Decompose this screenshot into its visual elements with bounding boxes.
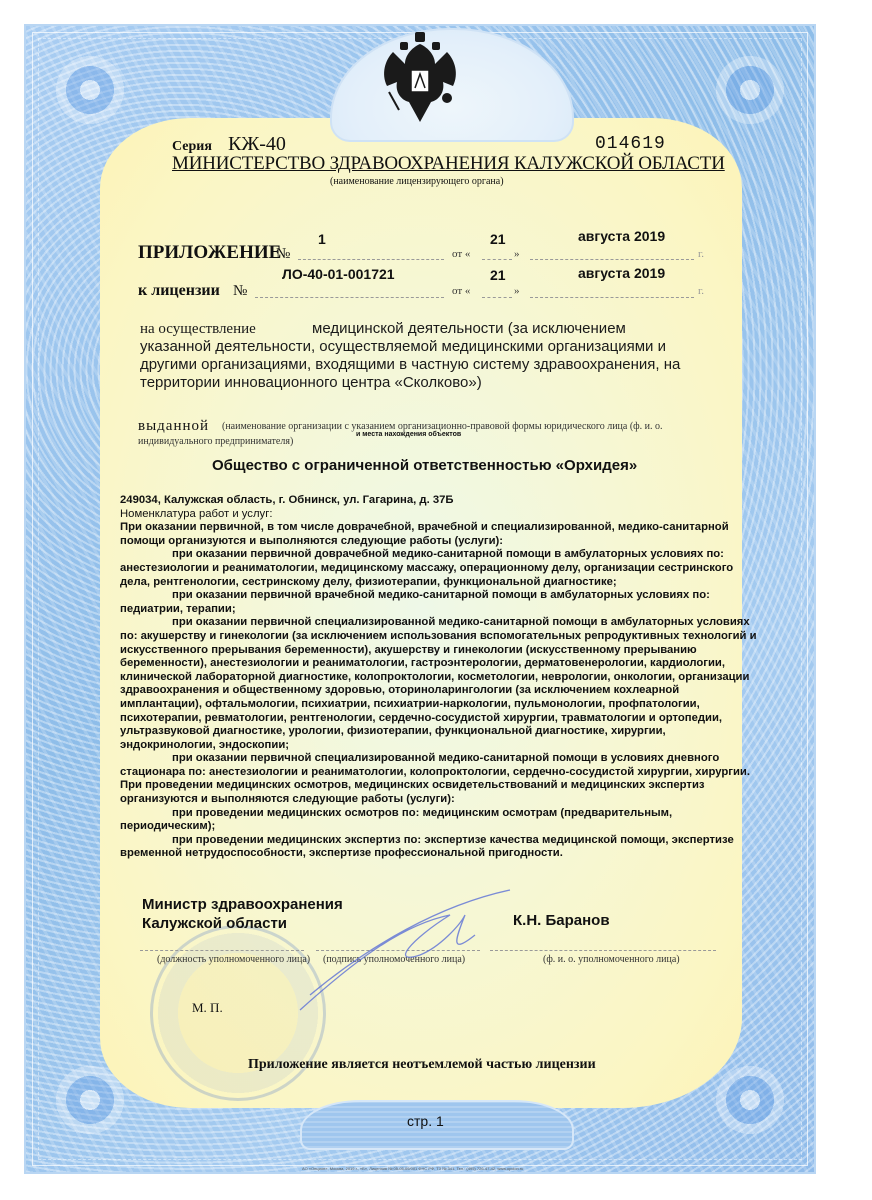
authority-caption: (наименование лицензирующего органа): [330, 176, 504, 187]
license-day-line: [482, 297, 512, 298]
activity-description: на осуществлениемедицинской деятельности…: [140, 320, 700, 392]
nomenclature-paragraph: при оказании первичной врачебной медико-…: [120, 589, 760, 616]
appendix-label: ПРИЛОЖЕНИЕ: [138, 242, 281, 264]
appendix-note: Приложение является неотъемлемой частью …: [248, 1057, 596, 1073]
serial-number: 014619: [595, 134, 666, 154]
appendix-date-line: [530, 259, 694, 260]
appendix-day: 21: [490, 231, 506, 247]
license-number-sign: №: [233, 283, 247, 300]
coat-of-arms-icon: [375, 30, 465, 125]
handwritten-signature: [290, 885, 520, 1015]
corner-ornament: [690, 30, 810, 150]
caption-name: (ф. и. о. уполномоченного лица): [543, 954, 680, 965]
license-label: к лицензии: [138, 282, 220, 300]
appendix-number-line: [298, 259, 444, 260]
license-close-quote: »: [514, 285, 520, 297]
appendix-number: 1: [318, 231, 326, 247]
license-month-year: августа 2019: [578, 265, 665, 281]
appendix-number-sign: №: [276, 246, 290, 263]
nomenclature-section: 249034, Калужская область, г. Обнинск, у…: [120, 494, 760, 861]
license-number-line: [255, 297, 444, 298]
nomenclature-paragraph: при оказании первичной специализированно…: [120, 616, 760, 752]
issued-caption-continued: индивидуального предпринимателя): [138, 436, 293, 447]
caption-position: (должность уполномоченного лица): [157, 954, 310, 965]
issued-location-note: и места нахождения объектов: [356, 431, 461, 438]
organization-name: Общество с ограниченной ответственностью…: [212, 457, 637, 474]
issued-caption: (наименование организации с указанием ор…: [222, 421, 722, 432]
appendix-day-line: [482, 259, 512, 260]
appendix-year-suffix: г.: [698, 248, 704, 260]
signatory-name: К.Н. Баранов: [513, 912, 610, 929]
seal-label: М. П.: [192, 1000, 223, 1016]
name-line: [490, 950, 716, 951]
licensing-authority: МИНИСТЕРСТВО ЗДРАВООХРАНЕНИЯ КАЛУЖСКОЙ О…: [172, 153, 725, 175]
nomenclature-paragraph: при проведении медицинских экспертиз по:…: [120, 834, 760, 861]
license-day: 21: [490, 267, 506, 283]
license-from-label: от «: [452, 285, 470, 297]
nomenclature-paragraph: при проведении медицинских осмотров по: …: [120, 807, 760, 834]
nomenclature-paragraph: При проведении медицинских осмотров, мед…: [120, 779, 760, 806]
organization-address: 249034, Калужская область, г. Обнинск, у…: [120, 494, 760, 508]
appendix-month-year: августа 2019: [578, 228, 665, 244]
page-number: стр. 1: [407, 1113, 444, 1129]
license-year-suffix: г.: [698, 285, 704, 297]
nomenclature-paragraph: при оказании первичной доврачебной медик…: [120, 548, 760, 589]
license-number: ЛО-40-01-001721: [282, 266, 395, 282]
appendix-from-label: от «: [452, 248, 470, 260]
nomenclature-paragraph: при оказании первичной специализированно…: [120, 752, 760, 779]
activity-lead: на осуществление: [140, 320, 312, 338]
license-date-line: [530, 297, 694, 298]
position-line: [140, 950, 304, 951]
nomenclature-list: При оказании первичной, в том числе довр…: [120, 521, 760, 861]
appendix-close-quote: »: [514, 248, 520, 260]
printer-imprint: АО «Опцион», Москва, 2019 г., «Б». Лицен…: [302, 1166, 523, 1171]
nomenclature-heading: Номенклатура работ и услуг:: [120, 508, 760, 522]
nomenclature-paragraph: При оказании первичной, в том числе довр…: [120, 521, 760, 548]
issued-label: выданной: [138, 418, 209, 435]
corner-ornament: [30, 30, 150, 150]
